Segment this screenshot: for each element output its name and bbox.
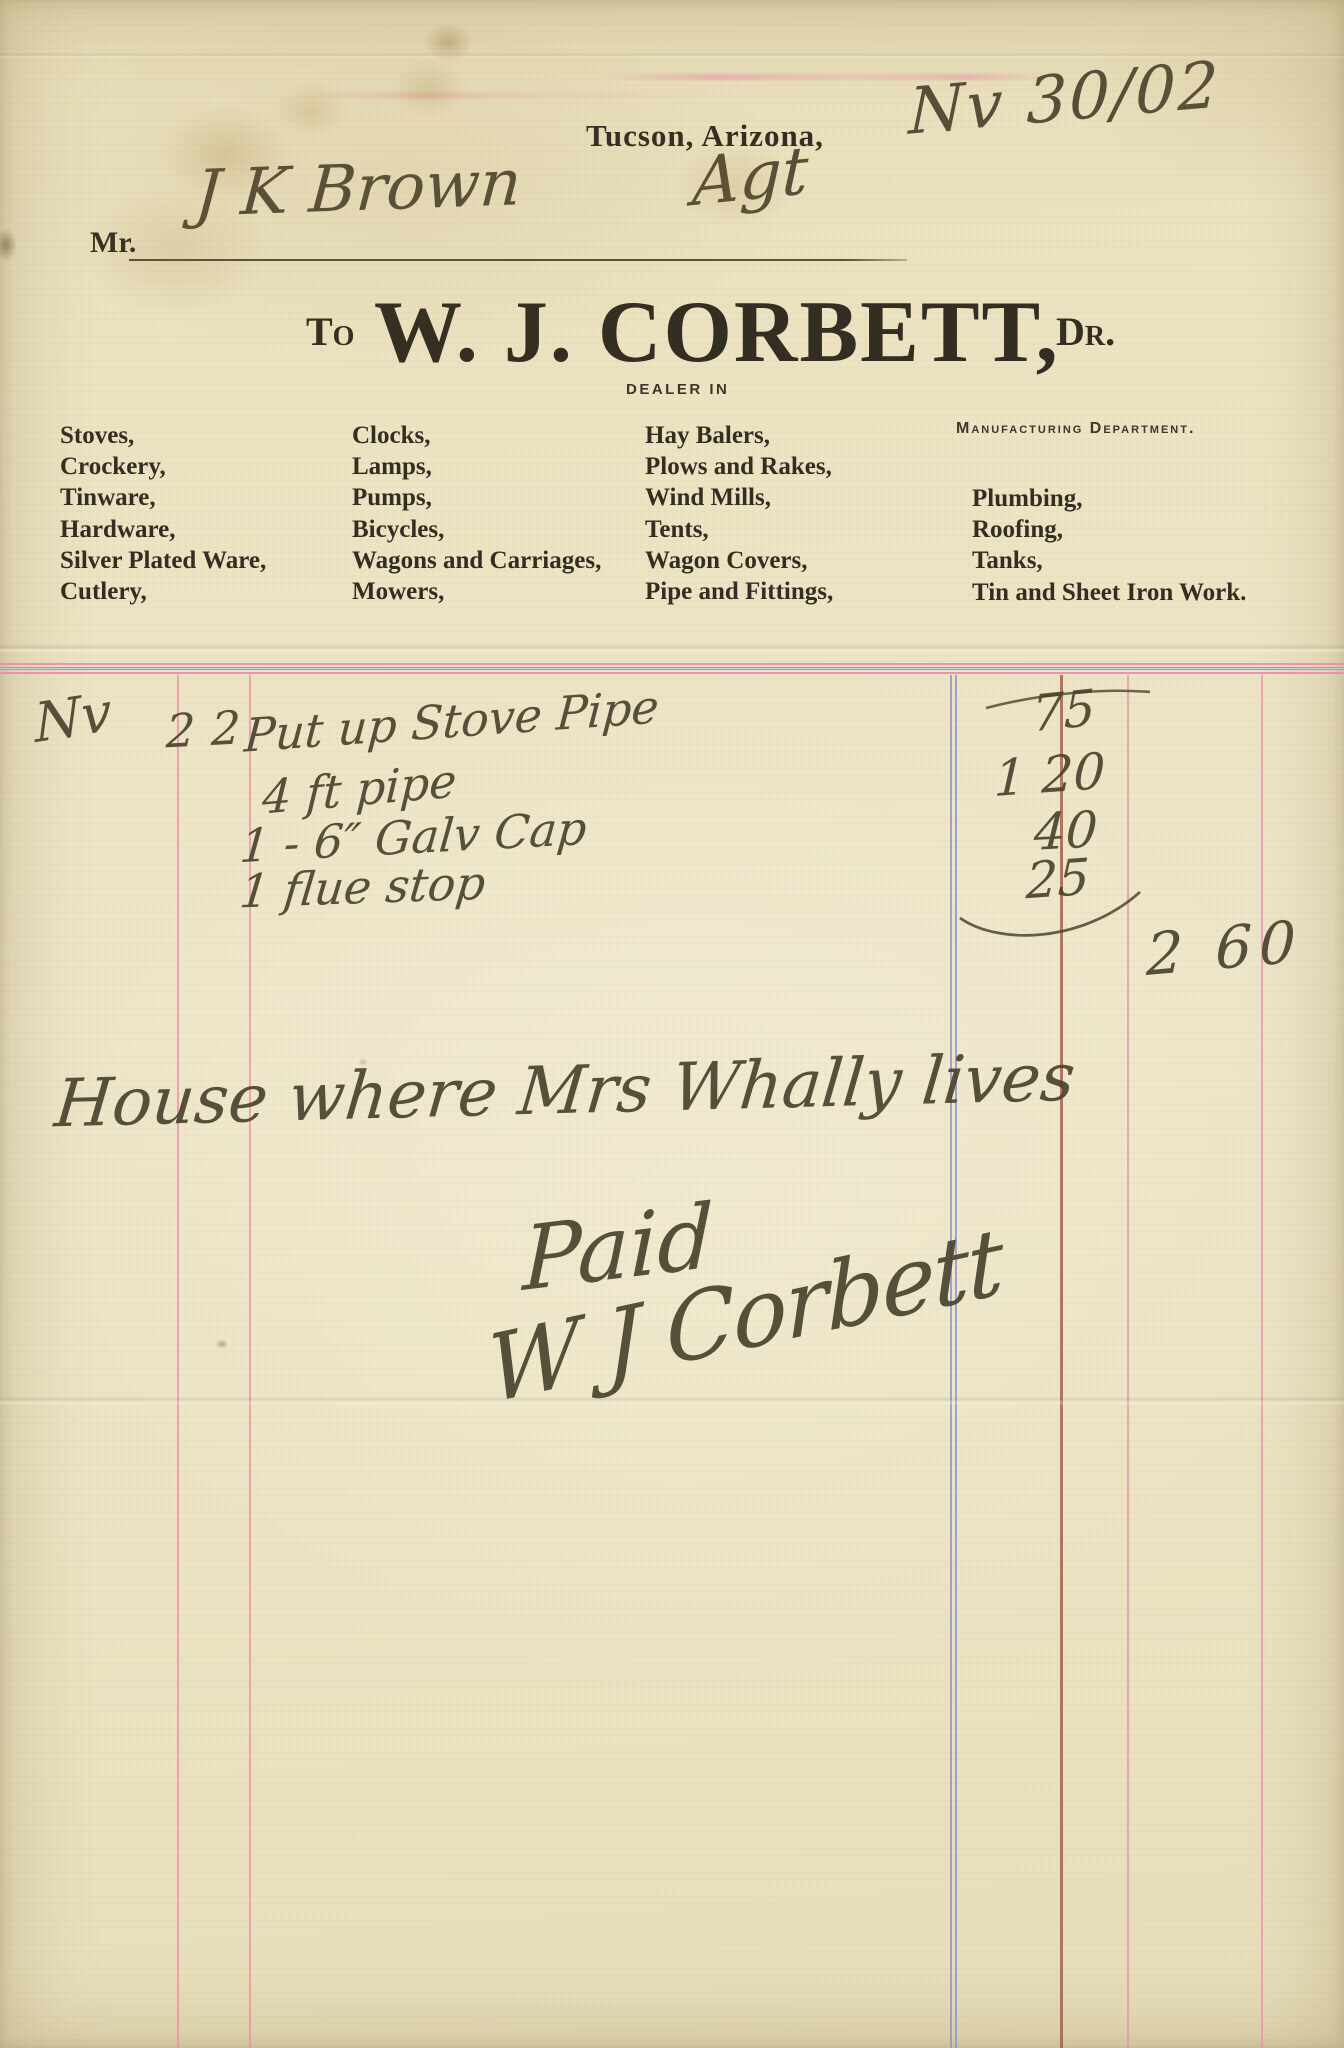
dealer-item: Hardware,	[60, 514, 266, 545]
dealer-in-label: DEALER IN	[626, 381, 729, 398]
dealer-item: Hay Balers,	[645, 420, 833, 451]
handwritten-date: Nv 30/02	[908, 48, 1221, 150]
ledger-entry-amount-1: 75	[1032, 679, 1095, 744]
customer-name-rule	[129, 259, 907, 261]
to-label: To	[306, 308, 354, 355]
dealer-column-3: Hay Balers, Plows and Rakes, Wind Mills,…	[645, 420, 833, 607]
dealer-item: Wind Mills,	[645, 482, 833, 513]
paper-fold-crease	[0, 1396, 1344, 1406]
handwritten-month: Nv	[33, 680, 113, 755]
handwritten-total: 2 60	[1146, 907, 1304, 989]
dealer-item: Tanks,	[972, 545, 1246, 576]
ledger-entry-description-1: Put up Stove Pipe	[243, 679, 661, 762]
invoice-document: Tucson, Arizona, Nv 30/02 Mr. J K Brown …	[0, 0, 1344, 2048]
dealer-column-2: Clocks, Lamps, Pumps, Bicycles, Wagons a…	[352, 420, 601, 607]
manufacturing-department-title: Manufacturing Department.	[956, 420, 1195, 438]
faded-pink-mark	[290, 93, 720, 98]
ledger-entry-amount-2: 1 20	[993, 742, 1106, 808]
dealer-item: Clocks,	[352, 420, 601, 451]
handwritten-customer-title: Agt	[691, 132, 810, 222]
dealer-item: Bicycles,	[352, 514, 601, 545]
dealer-item: Plumbing,	[972, 483, 1246, 514]
dealer-item: Silver Plated Ware,	[60, 545, 266, 576]
dealer-item: Plows and Rakes,	[645, 451, 833, 482]
dr-label: Dr.	[1056, 308, 1115, 355]
dealer-item: Tin and Sheet Iron Work.	[972, 577, 1246, 608]
dealer-item: Pipe and Fittings,	[645, 576, 833, 607]
dealer-item: Tinware,	[60, 482, 266, 513]
handwritten-customer-name: J K Brown	[193, 146, 524, 232]
dealer-item: Mowers,	[352, 576, 601, 607]
dealer-item: Wagons and Carriages,	[352, 545, 601, 576]
dealer-item: Crockery,	[60, 451, 266, 482]
header-horizontal-rule	[0, 662, 1344, 675]
dealer-item: Wagon Covers,	[645, 545, 833, 576]
dealer-item: Pumps,	[352, 482, 601, 513]
ledger-entry-amount-4: 25	[1025, 848, 1091, 911]
paper-crease	[0, 644, 1344, 653]
ledger-entry-description-4: 1 flue stop	[237, 856, 488, 919]
ledger-vline-pink-right-2	[1261, 675, 1263, 2048]
ledger-vline-blue-double	[950, 675, 959, 2048]
dealer-item: Tents,	[645, 514, 833, 545]
mr-label: Mr.	[90, 226, 136, 260]
dealer-item: Stoves,	[60, 420, 266, 451]
ledger-vline-pink-right-1	[1127, 675, 1129, 2048]
ledger-vline-pink-left-1	[177, 675, 179, 2048]
handwritten-note: House where Mrs Whally lives	[51, 1039, 1078, 1143]
dealer-item: Cutlery,	[60, 576, 266, 607]
dealer-column-1: Stoves, Crockery, Tinware, Hardware, Sil…	[60, 420, 266, 607]
business-name: W. J. CORBETT,	[374, 282, 1060, 383]
manufacturing-department-items: Plumbing, Roofing, Tanks, Tin and Sheet …	[972, 483, 1246, 608]
dealer-item: Lamps,	[352, 451, 601, 482]
dealer-item: Roofing,	[972, 514, 1246, 545]
